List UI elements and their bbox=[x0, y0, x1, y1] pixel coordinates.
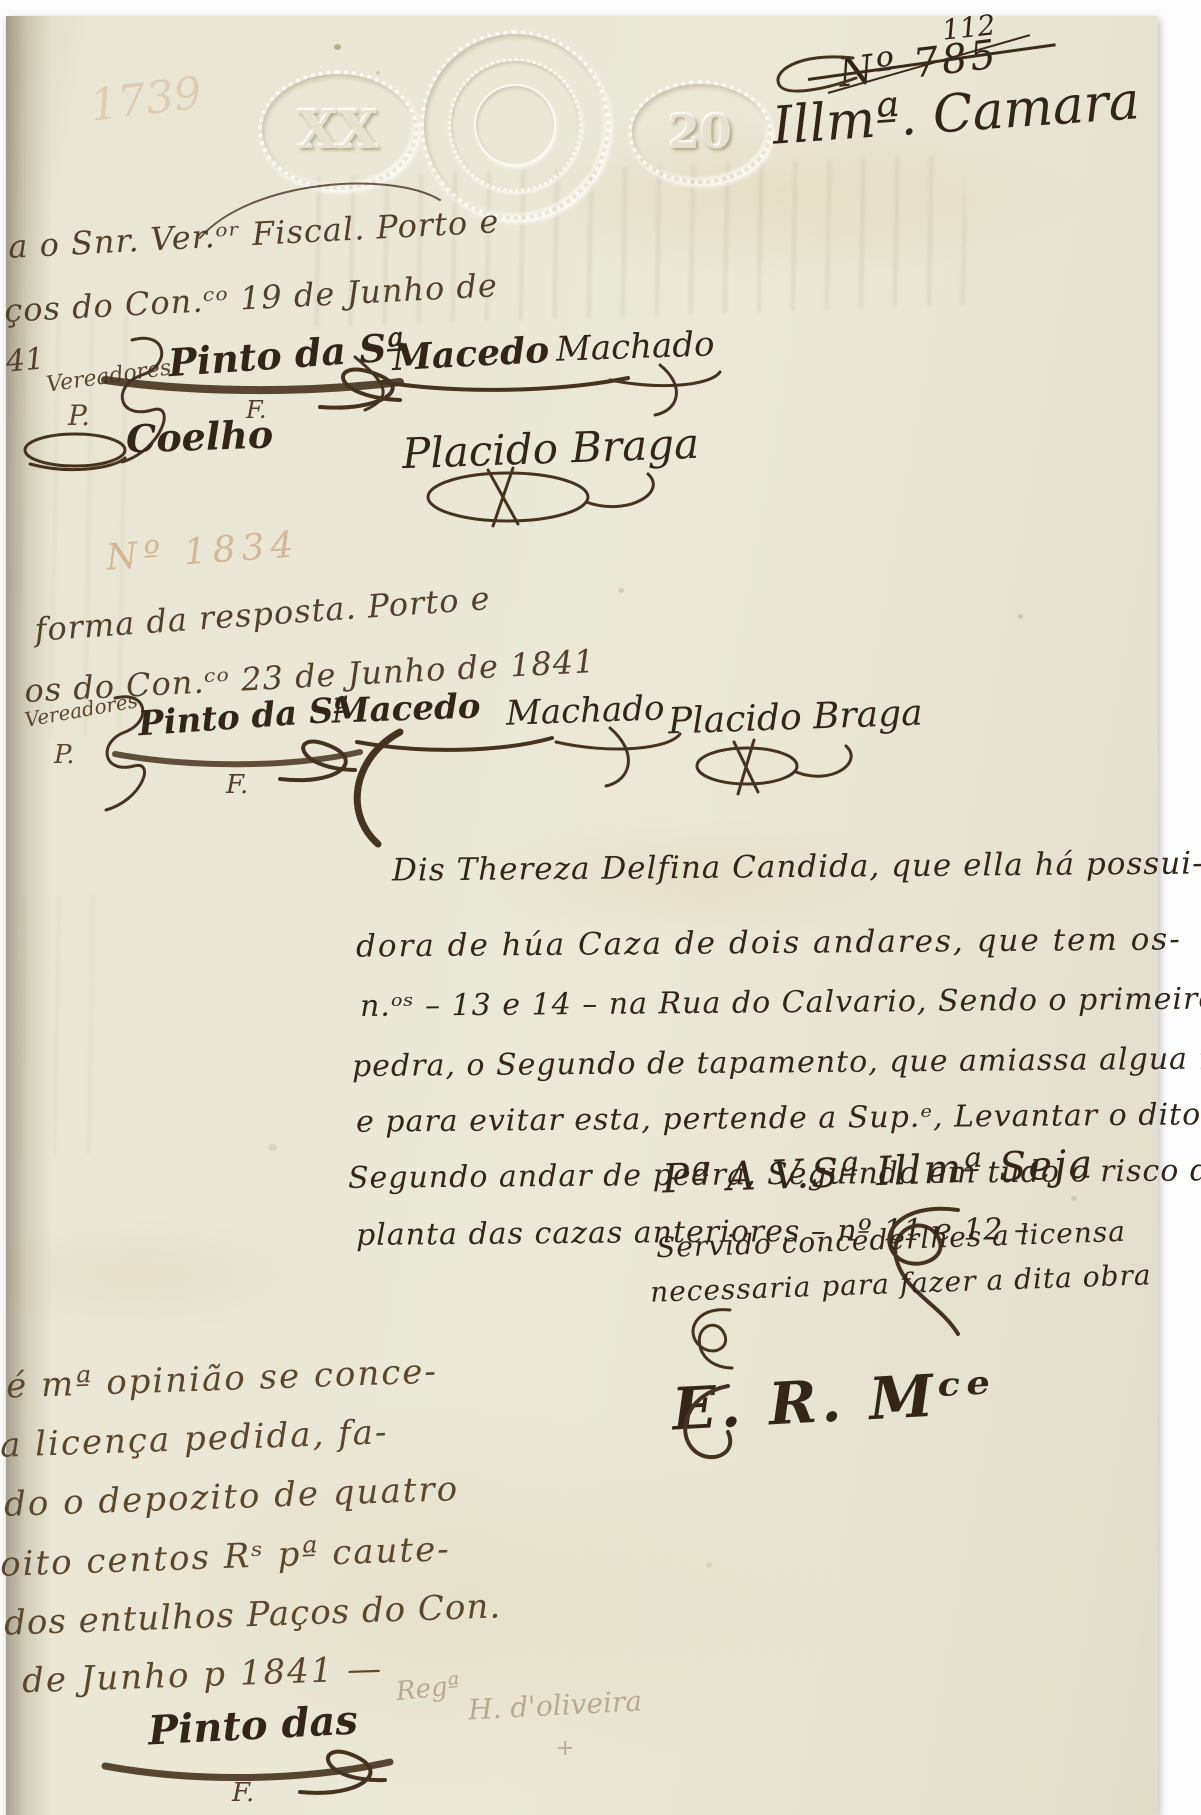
embossed-seal-20: 20 bbox=[628, 80, 772, 184]
age-spot bbox=[268, 1144, 277, 1151]
ascender-flourish bbox=[190, 170, 450, 240]
signature-placido: Placido Braga bbox=[667, 696, 923, 741]
seal-20-value: 20 bbox=[668, 105, 732, 159]
age-spot bbox=[1018, 614, 1023, 619]
rubric-flourish bbox=[548, 724, 688, 794]
seal-inner-ring bbox=[448, 58, 582, 192]
signature-pinto-mark: F. bbox=[232, 1780, 254, 1806]
ghost-bleed-text bbox=[9, 895, 108, 1158]
signature-flourish-oval bbox=[418, 462, 678, 532]
manuscript-scan: 1739 XX 20 112 Nº 785 Illmª. Camara a o … bbox=[0, 0, 1201, 1815]
rubric-flourish bbox=[600, 360, 730, 420]
age-spot bbox=[1071, 1196, 1077, 1201]
corner-stamp-number: 1739 bbox=[88, 71, 205, 128]
formula-flourish bbox=[668, 1380, 748, 1490]
petition-line: n.ᵒˢ – 13 e 14 – na Rua do Calvario, Sen… bbox=[360, 984, 1201, 1022]
registry-note-mark: + bbox=[556, 1738, 574, 1760]
signature-initial: P. bbox=[54, 742, 75, 768]
rubric-flourish bbox=[20, 420, 130, 480]
closing-flourish bbox=[682, 1302, 742, 1372]
petition-line: e para evitar esta, pertende a Sup.ᵉ, Le… bbox=[356, 1100, 1201, 1137]
signature-macedo: Macedo bbox=[331, 689, 481, 728]
signature-flourish-oval bbox=[692, 736, 872, 802]
opening-bracket-flourish bbox=[338, 728, 408, 848]
age-spot bbox=[334, 44, 341, 50]
age-spot bbox=[618, 588, 624, 593]
petition-line: Dis Thereza Delfina Candida, que ella há… bbox=[392, 848, 1201, 886]
age-spot bbox=[706, 1562, 712, 1568]
dispatch1-line: 41 bbox=[5, 344, 46, 377]
petition-line: pedra, o Segundo de tapamento, que amias… bbox=[352, 1044, 1201, 1082]
signature-pinto-mark: F. bbox=[226, 772, 248, 798]
petition-line: dora de húa Caza de dois andares, que te… bbox=[356, 924, 1182, 962]
registry-note-label: Regª bbox=[395, 1673, 461, 1706]
seal-xx-value: XX bbox=[298, 100, 379, 161]
seal-monogram-icon bbox=[474, 84, 556, 166]
age-spot bbox=[376, 71, 380, 75]
signature-coelho-mark: F. bbox=[246, 398, 267, 422]
